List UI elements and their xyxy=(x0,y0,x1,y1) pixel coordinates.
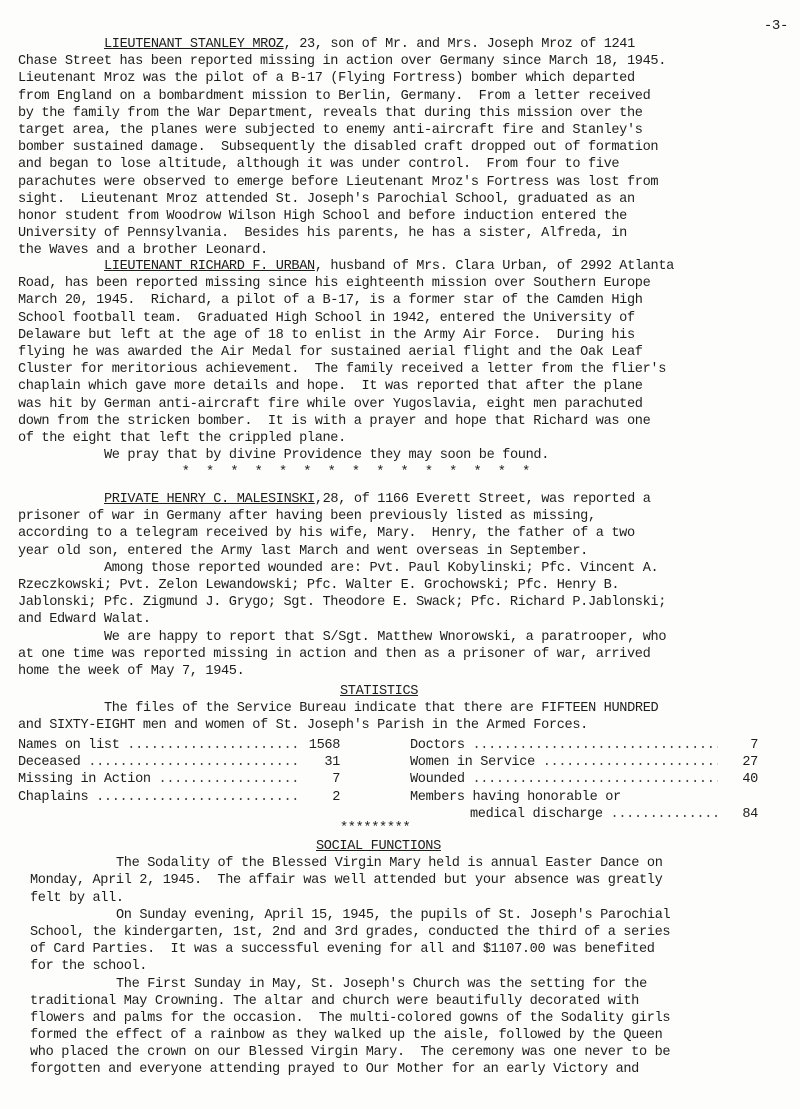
text-line: of Card Parties. It was a successful eve… xyxy=(30,941,800,958)
malesinski-lines: prisoner of war in Germany after having … xyxy=(18,508,788,560)
statistics-intro-1: The files of the Service Bureau indicate… xyxy=(18,700,788,717)
text-line: flowers and palms for the occasion. The … xyxy=(30,1010,800,1027)
text-line: March 20, 1945. Richard, a pilot of a B-… xyxy=(18,292,788,309)
wounded-lines: Rzeczkowski; Pvt. Zelon Lewandowski; Pfc… xyxy=(18,577,788,629)
text-line: Jablonski; Pfc. Zigmund J. Grygo; Sgt. T… xyxy=(18,594,788,611)
malesinski-first-line-text: ,28, of 1166 Everett Street, was reporte… xyxy=(315,492,651,507)
statistics-label: Doctors xyxy=(410,737,718,754)
statistics-divider: ********* xyxy=(18,820,788,837)
stars-divider: * * * * * * * * * * * * * * * xyxy=(18,464,698,481)
text-line: by the family from the War Department, r… xyxy=(18,105,788,122)
statistics-label: Deceased xyxy=(18,754,300,771)
card-party-first-line: On Sunday evening, April 15, 1945, the p… xyxy=(30,907,800,924)
text-line: from England on a bombardment mission to… xyxy=(18,88,788,105)
mroz-first-line-text: , 23, son of Mr. and Mrs. Joseph Mroz of… xyxy=(284,37,635,52)
statistics-row: Missing in Action7 xyxy=(18,771,340,788)
statistics-label: Missing in Action xyxy=(18,771,300,788)
text-line: who placed the crown on our Blessed Virg… xyxy=(30,1044,800,1061)
statistics-left-column: Names on list1568Deceased31Missing in Ac… xyxy=(18,737,340,806)
text-line: School, the kindergarten, 1st, 2nd and 3… xyxy=(30,924,800,941)
statistics-value: 1568 xyxy=(300,737,340,754)
text-line: the Waves and a brother Leonard. xyxy=(18,242,788,259)
text-line: Cluster for meritorious achievement. The… xyxy=(18,361,788,378)
text-line: formed the effect of a rainbow as they w… xyxy=(30,1027,800,1044)
text-line: Rzeczkowski; Pvt. Zelon Lewandowski; Pfc… xyxy=(18,577,788,594)
social-functions-section: SOCIAL FUNCTIONS The Sodality of the Ble… xyxy=(30,838,800,1079)
statistics-row: Members having honorable or xyxy=(410,789,758,806)
text-line: year old son, entered the Army last Marc… xyxy=(18,543,788,560)
page-number: -3- xyxy=(764,18,788,34)
text-line: Delaware but left at the age of 18 to en… xyxy=(18,327,788,344)
sodality-lines: Monday, April 2, 1945. The affair was we… xyxy=(30,872,800,906)
text-line: parachutes were observed to emerge befor… xyxy=(18,174,788,191)
statistics-label: Members having honorable or xyxy=(410,789,718,806)
statistics-section: STATISTICS The files of the Service Bure… xyxy=(18,683,788,735)
text-line: flying he was awarded the Air Medal for … xyxy=(18,344,788,361)
statistics-divider-block: ********* xyxy=(18,820,788,837)
malesinski-paragraph: PRIVATE HENRY C. MALESINSKI,28, of 1166 … xyxy=(18,491,788,680)
statistics-right-column: Doctors7Women in Service27Wounded40Membe… xyxy=(410,737,758,823)
malesinski-first-line: PRIVATE HENRY C. MALESINSKI,28, of 1166 … xyxy=(18,491,788,508)
text-line: School football team. Graduated High Sch… xyxy=(18,310,788,327)
may-crowning-first-line: The First Sunday in May, St. Joseph's Ch… xyxy=(30,976,800,993)
statistics-intro-2: and SIXTY-EIGHT men and women of St. Jos… xyxy=(18,717,788,734)
statistics-row: Doctors7 xyxy=(410,737,758,754)
text-line: home the week of May 7, 1945. xyxy=(18,663,788,680)
text-line: forgotten and everyone attending prayed … xyxy=(30,1061,800,1078)
urban-lines: Road, has been reported missing since hi… xyxy=(18,275,788,447)
card-party-lines: School, the kindergarten, 1st, 2nd and 3… xyxy=(30,924,800,976)
statistics-heading: STATISTICS xyxy=(340,684,418,699)
text-line: traditional May Crowning. The altar and … xyxy=(30,993,800,1010)
statistics-label: Wounded xyxy=(410,771,718,788)
text-line: at one time was reported missing in acti… xyxy=(18,646,788,663)
statistics-label: Chaplains xyxy=(18,789,300,806)
text-line: target area, the planes were subjected t… xyxy=(18,122,788,139)
text-line: chaplain which gave more details and hop… xyxy=(18,378,788,395)
text-line: sight. Lieutenant Mroz attended St. Jose… xyxy=(18,191,788,208)
malesinski-name: PRIVATE HENRY C. MALESINSKI xyxy=(104,492,315,507)
document-page: -3- LIEUTENANT STANLEY MROZ, 23, son of … xyxy=(0,0,800,1109)
statistics-value: 27 xyxy=(718,754,758,771)
text-line: Road, has been reported missing since hi… xyxy=(18,275,788,292)
prayer-line: We pray that by divine Providence they m… xyxy=(18,447,788,464)
statistics-value: 7 xyxy=(718,737,758,754)
statistics-value: 40 xyxy=(718,771,758,788)
statistics-row: Deceased31 xyxy=(18,754,340,771)
text-line: prisoner of war in Germany after having … xyxy=(18,508,788,525)
text-line: and began to lose altitude, although it … xyxy=(18,156,788,173)
statistics-row: Names on list1568 xyxy=(18,737,340,754)
statistics-value: 7 xyxy=(300,771,340,788)
text-line: of the eight that left the crippled plan… xyxy=(18,430,788,447)
mroz-paragraph: LIEUTENANT STANLEY MROZ, 23, son of Mr. … xyxy=(18,36,788,259)
statistics-label: Women in Service xyxy=(410,754,718,771)
text-line: University of Pennsylvania. Besides his … xyxy=(18,225,788,242)
urban-paragraph: LIEUTENANT RICHARD F. URBAN, husband of … xyxy=(18,258,788,481)
text-line: Chase Street has been reported missing i… xyxy=(18,53,788,70)
text-line: bomber sustained damage. Subsequently th… xyxy=(18,139,788,156)
statistics-row: Wounded40 xyxy=(410,771,758,788)
mroz-name: LIEUTENANT STANLEY MROZ xyxy=(104,37,284,52)
urban-first-line-text: , husband of Mrs. Clara Urban, of 2992 A… xyxy=(315,259,674,274)
wnorowski-lines: at one time was reported missing in acti… xyxy=(18,646,788,680)
text-line: honor student from Woodrow Wilson High S… xyxy=(18,208,788,225)
social-functions-heading: SOCIAL FUNCTIONS xyxy=(316,839,441,854)
text-line: was hit by German anti-aircraft fire whi… xyxy=(18,396,788,413)
sodality-first-line: The Sodality of the Blessed Virgin Mary … xyxy=(30,855,800,872)
text-line: Monday, April 2, 1945. The affair was we… xyxy=(30,872,800,889)
statistics-value: 2 xyxy=(300,789,340,806)
text-line: for the school. xyxy=(30,958,800,975)
may-crowning-lines: traditional May Crowning. The altar and … xyxy=(30,993,800,1079)
wnorowski-first-line: We are happy to report that S/Sgt. Matth… xyxy=(18,629,788,646)
mroz-first-line: LIEUTENANT STANLEY MROZ, 23, son of Mr. … xyxy=(18,36,788,53)
statistics-row: Chaplains2 xyxy=(18,789,340,806)
text-line: down from the stricken bomber. It is wit… xyxy=(18,413,788,430)
urban-first-line: LIEUTENANT RICHARD F. URBAN, husband of … xyxy=(18,258,788,275)
statistics-value xyxy=(718,789,758,806)
text-line: and Edward Walat. xyxy=(18,611,788,628)
statistics-row: Women in Service27 xyxy=(410,754,758,771)
text-line: according to a telegram received by his … xyxy=(18,525,788,542)
urban-name: LIEUTENANT RICHARD F. URBAN xyxy=(104,259,315,274)
text-line: felt by all. xyxy=(30,890,800,907)
statistics-value: 31 xyxy=(300,754,340,771)
statistics-label: Names on list xyxy=(18,737,300,754)
text-line: Lieutenant Mroz was the pilot of a B-17 … xyxy=(18,70,788,87)
mroz-lines: Chase Street has been reported missing i… xyxy=(18,53,788,259)
wounded-first-line: Among those reported wounded are: Pvt. P… xyxy=(18,560,788,577)
